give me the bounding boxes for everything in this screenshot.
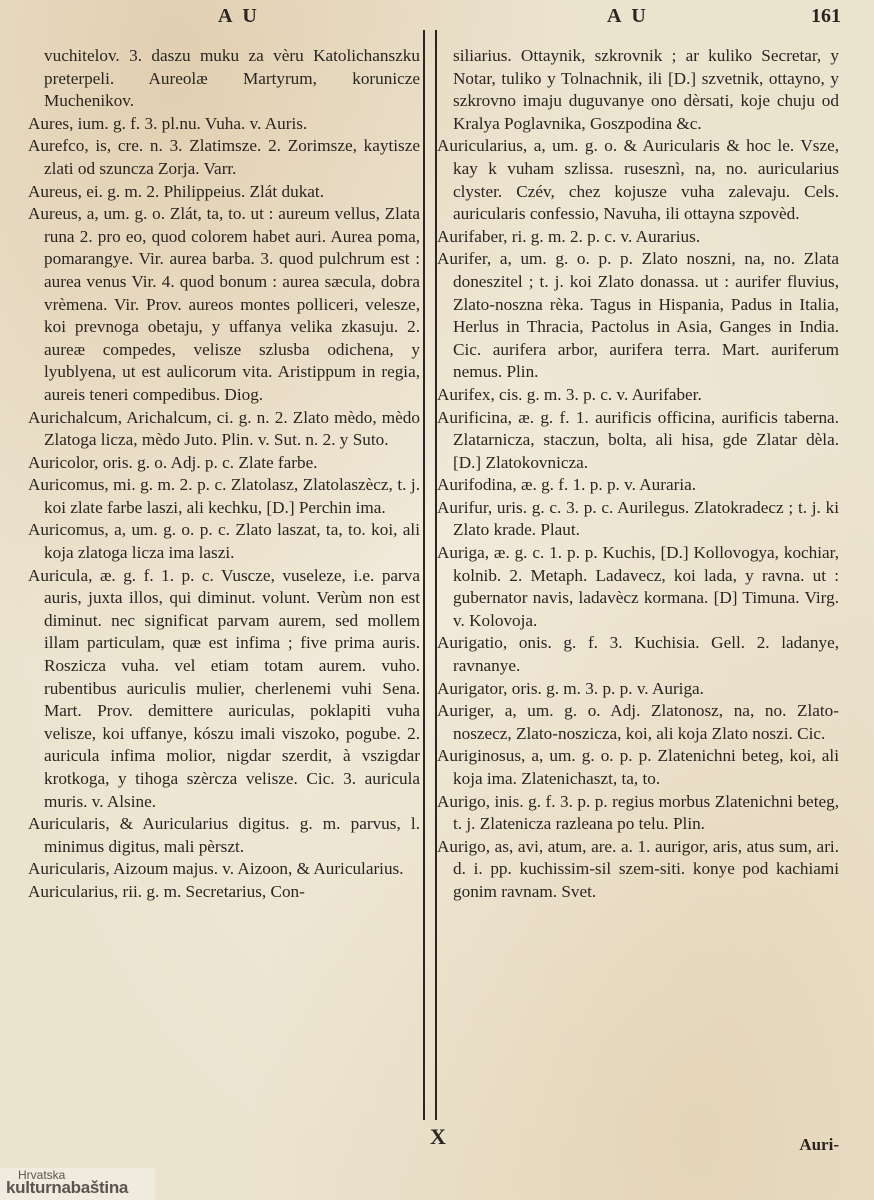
dictionary-entry: Aurigo, inis. g. f. 3. p. p. regius morb… (437, 791, 839, 836)
headword: Aurigatio (437, 633, 503, 652)
dictionary-entry: Aurigator, oris. g. m. 3. p. p. v. Aurig… (437, 678, 839, 701)
dictionary-entry: vuchitelov. 3. daszu muku za vèru Katoli… (28, 45, 420, 113)
headword: Auricularius (437, 136, 523, 155)
dictionary-entry: Auriga, æ. g. c. 1. p. p. Kuchis, [D.] K… (437, 542, 839, 632)
headword: Auricula (28, 566, 88, 585)
dictionary-entry: Aurigo, as, avi, atum, are. a. 1. aurigo… (437, 836, 839, 904)
headword: Auricularis (28, 859, 105, 878)
page-number: 161 (811, 5, 841, 28)
headword: Aureus (28, 204, 78, 223)
right-entries: siliarius. Ottaynik, szkrovnik ; ar kuli… (437, 45, 839, 904)
dictionary-entry: Auriger, a, um. g. o. Adj. Zlatonosz, na… (437, 700, 839, 745)
dictionary-entry: Aurifodina, æ. g. f. 1. p. p. v. Auraria… (437, 474, 839, 497)
headword: Auriger (437, 701, 490, 720)
dictionary-entry: Aurificina, æ. g. f. 1. aurificis offici… (437, 407, 839, 475)
running-head-right: A U (607, 5, 649, 28)
dictionary-entry: Aurichalcum, Arichalcum, ci. g. n. 2. Zl… (28, 407, 420, 452)
headword: Aurigo (437, 837, 486, 856)
headword: Auricularis (28, 814, 105, 833)
headword: Aurigator (437, 679, 503, 698)
headword: Aurichalcum (28, 408, 118, 427)
headword: Auriga (437, 543, 485, 562)
headword: Aures (28, 114, 69, 133)
dictionary-entry: Auricomus, a, um. g. o. p. c. Zlato lasz… (28, 519, 420, 564)
headword: Aureus (28, 182, 78, 201)
dictionary-entry: siliarius. Ottaynik, szkrovnik ; ar kuli… (437, 45, 839, 135)
headword: Aurificina (437, 408, 508, 427)
headword: Aurifur (437, 498, 488, 517)
dictionary-entry: Auriginosus, a, um. g. o. p. p. Zlatenic… (437, 745, 839, 790)
dictionary-entry: Aurifur, uris. g. c. 3. p. c. Aurilegus.… (437, 497, 839, 542)
dictionary-entry: Aureus, ei. g. m. 2. Philippeius. Zlát d… (28, 181, 420, 204)
catchword: Auri- (799, 1135, 839, 1155)
headword: Aurifaber (437, 227, 503, 246)
dictionary-entry: Auricularius, rii. g. m. Secretarius, Co… (28, 881, 420, 904)
headword: Aurifex (437, 385, 490, 404)
headword: Auriginosus (437, 746, 521, 765)
dictionary-entry: Aurigatio, onis. g. f. 3. Kuchisia. Gell… (437, 632, 839, 677)
dictionary-entry: Aures, ium. g. f. 3. pl.nu. Vuha. v. Aur… (28, 113, 420, 136)
signature-mark: X (430, 1124, 446, 1150)
headword: Auricolor (28, 453, 94, 472)
dictionary-entry: Aurefco, is, cre. n. 3. Zlatimsze. 2. Zo… (28, 135, 420, 180)
dictionary-entry: Aurifer, a, um. g. o. p. p. Zlato noszni… (437, 248, 839, 384)
left-entries: vuchitelov. 3. daszu muku za vèru Katoli… (28, 45, 420, 904)
dictionary-entry: Aureus, a, um. g. o. Zlát, ta, to. ut : … (28, 203, 420, 406)
dictionary-entry: Auricula, æ. g. f. 1. p. c. Vuscze, vuse… (28, 565, 420, 814)
watermark-logo: Hrvatska kulturnabaština (0, 1168, 155, 1200)
watermark-line-2: kulturnabaština (6, 1179, 128, 1196)
dictionary-page: A U vuchitelov. 3. daszu muku za vèru Ka… (0, 0, 874, 1200)
dictionary-entry: Aurifex, cis. g. m. 3. p. c. v. Aurifabe… (437, 384, 839, 407)
headword: Auricularius (28, 882, 114, 901)
headword: Aurifer (437, 249, 487, 268)
dictionary-entry: Auricularis, & Auricularius digitus. g. … (28, 813, 420, 858)
dictionary-entry: Auricularius, a, um. g. o. & Auricularis… (437, 135, 839, 225)
column-divider-rule (423, 30, 437, 1120)
headword: Auricomus (28, 520, 104, 539)
headword: Aurifodina (437, 475, 512, 494)
headword: Aurigo (437, 792, 486, 811)
headword: Auricomus (28, 475, 104, 494)
dictionary-entry: Auricularis, Aizoum majus. v. Aizoon, & … (28, 858, 420, 881)
dictionary-entry: Auricolor, oris. g. o. Adj. p. c. Zlate … (28, 452, 420, 475)
dictionary-entry: Aurifaber, ri. g. m. 2. p. c. v. Aurariu… (437, 226, 839, 249)
dictionary-entry: Auricomus, mi. g. m. 2. p. c. Zlatolasz,… (28, 474, 420, 519)
headword: Aurefco (28, 136, 84, 155)
running-head-left: A U (218, 5, 260, 28)
